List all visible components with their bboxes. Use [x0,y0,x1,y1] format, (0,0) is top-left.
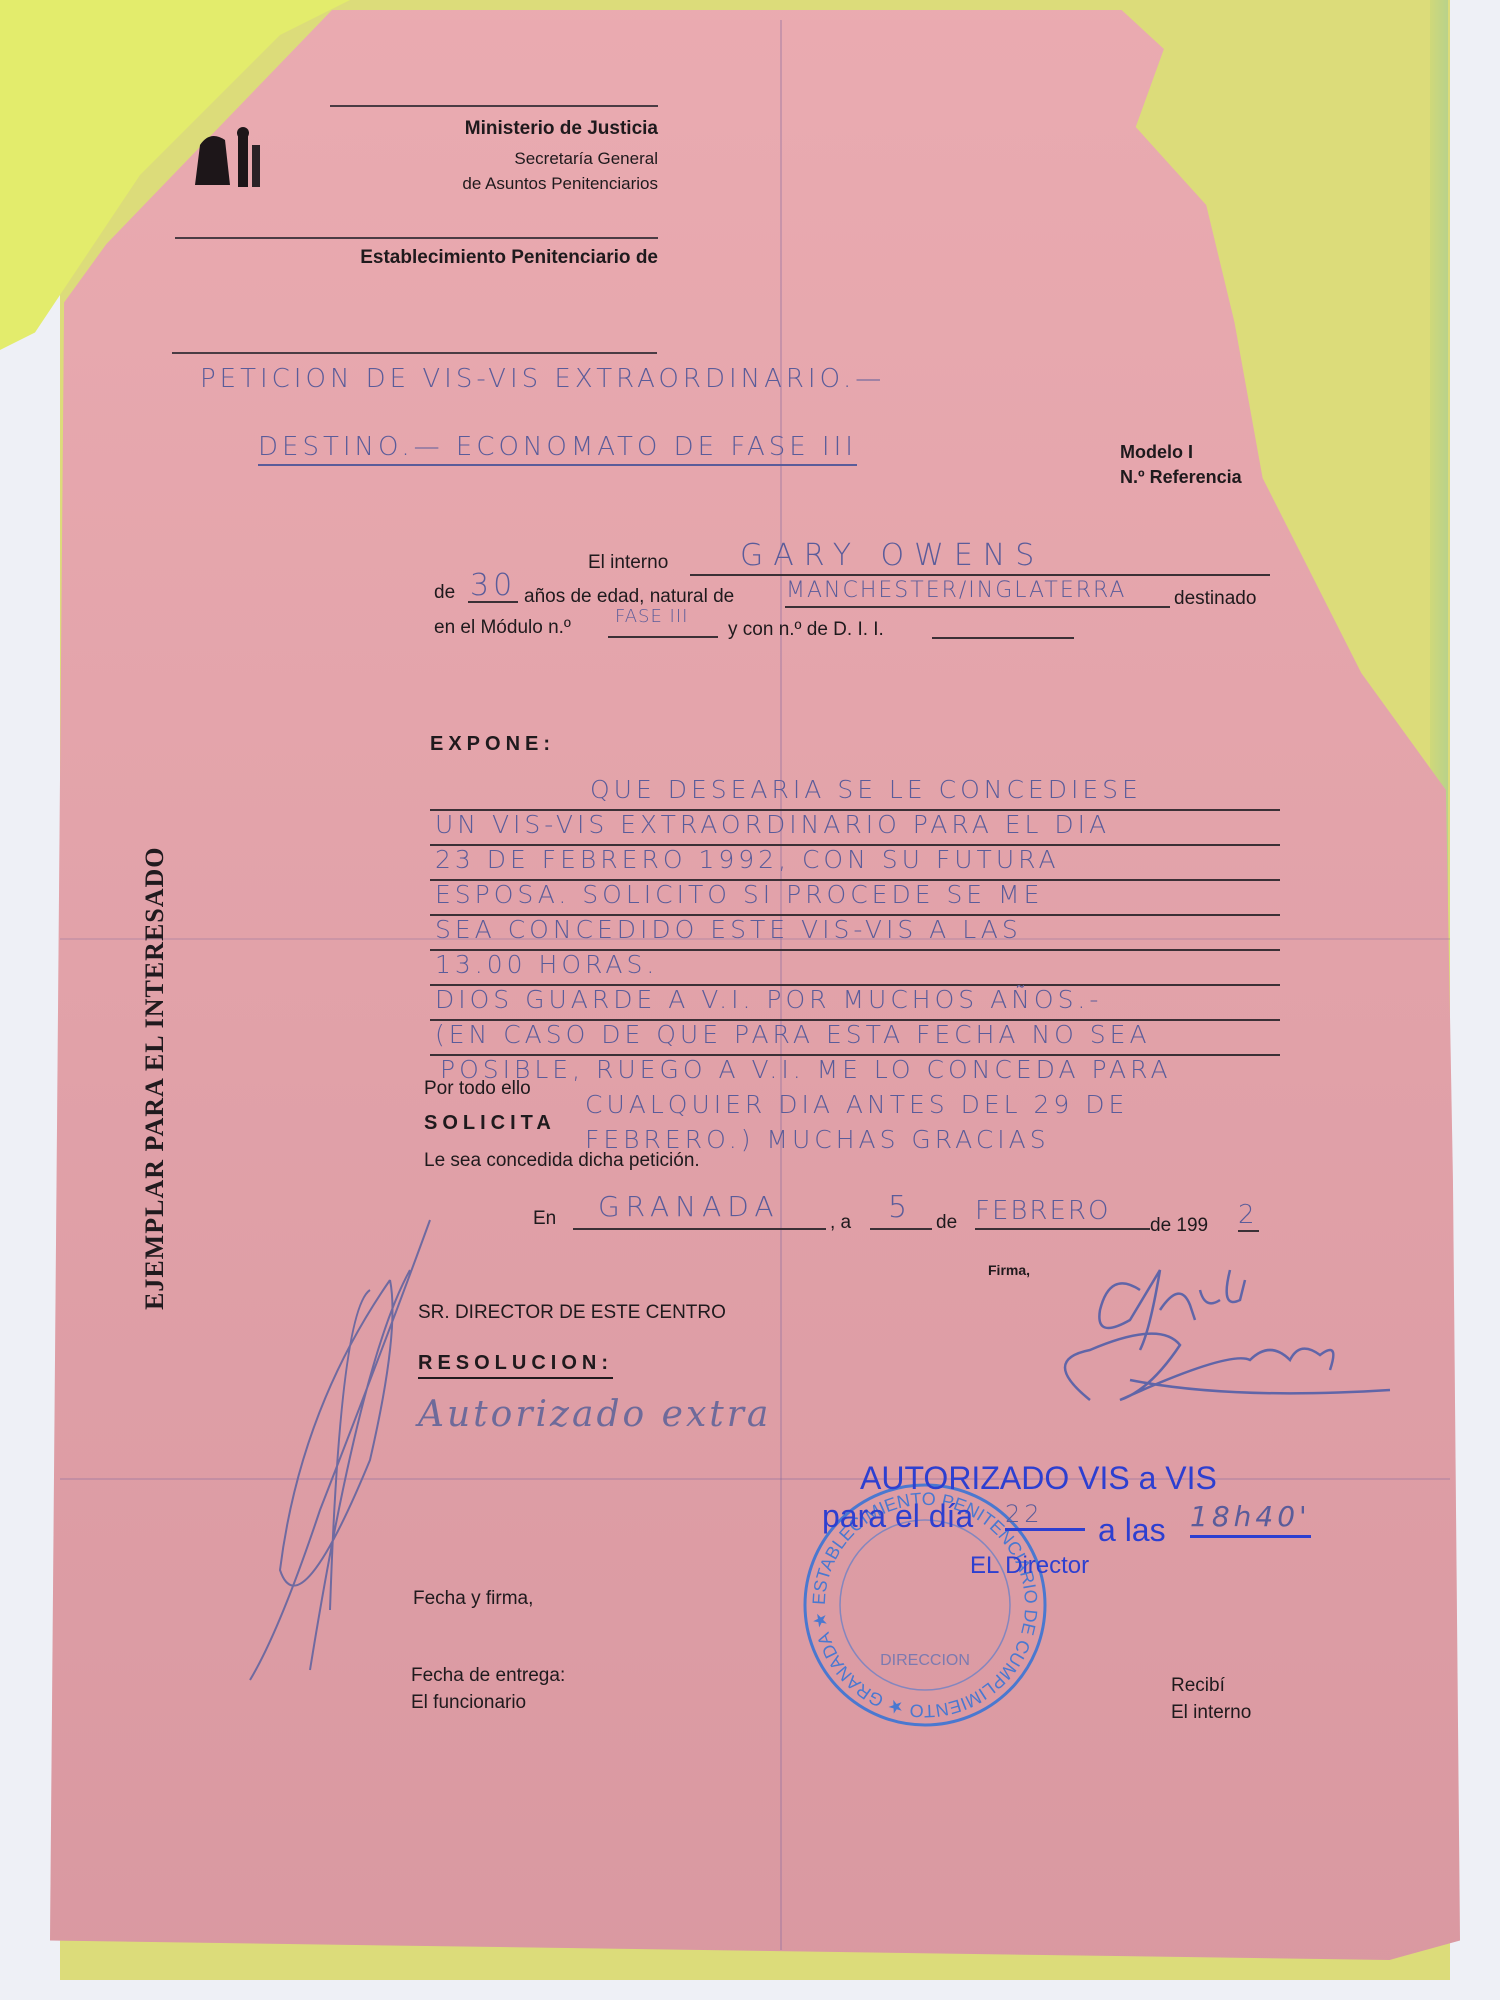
stamp-time-field: 18h40' [1190,1500,1311,1538]
dii-field [932,637,1074,639]
handwritten-title-line1: PETICION DE VIS-VIS EXTRAORDINARIO.— [200,364,885,394]
inmate-signature: Gary Owens [1030,1250,1400,1410]
day-field: 5 [888,1190,911,1225]
module-line [608,636,718,638]
reference-label: N.º Referencia [1120,465,1242,490]
expone-line: DIOS GUARDE A V.I. POR MUCHOS AÑOS.- [435,985,1315,1014]
recibi-label: Recibí [1171,1672,1251,1699]
expone-line: POSIBLE, RUEGO A V.I. ME LO CONCEDA PARA [440,1055,1320,1084]
header-rule-top [330,105,658,107]
recibi-block: Recibí El interno [1171,1672,1251,1726]
director-address: SR. DIRECTOR DE ESTE CENTRO [418,1302,726,1324]
a-label: , a [830,1212,851,1234]
fecha-firma-label: Fecha y firma, [413,1588,533,1610]
dii-label: y con n.º de D. I. I. [728,619,884,641]
interno-label: El interno [588,552,668,574]
svg-text:Gary Owens: Gary Owens [1150,1347,1239,1364]
establishment-field-line [172,352,657,354]
expone-line: SEA CONCEDIDO ESTE VIS-VIS A LAS [435,915,1315,944]
model-block: Modelo I N.º Referencia [1120,440,1242,490]
de-label: de [434,582,455,604]
handwritten-title-line2: DESTINO.— ECONOMATO DE FASE III [258,432,857,466]
interno-line [690,574,1270,576]
el-interno-label: El interno [1171,1699,1251,1726]
expone-heading: EXPONE: [430,733,555,756]
side-label-vertical: EJEMPLAR PARA EL INTERESADO [140,846,170,1310]
inmate-name-field: GARY OWENS [740,538,1044,573]
fecha-entrega-label: Fecha de entrega: [411,1662,565,1689]
expone-line: ESPOSA. SOLICITO SI PROCEDE SE ME [435,880,1315,909]
age-field: 30 [470,568,516,603]
secretariat-line2: de Asuntos Penitenciarios [330,174,658,194]
en-label: En [533,1208,556,1230]
stamp-authorized-line: AUTORIZADO VIS a VIS [860,1460,1217,1497]
city-line [573,1228,826,1230]
stamp-las-label: a las [1098,1512,1166,1549]
modulo-label: en el Módulo n.º [434,617,571,639]
year-digit-field: 2 [1238,1200,1259,1232]
city-field: GRANADA [598,1190,780,1223]
establishment-label: Establecimiento Penitenciario de [250,247,658,269]
entrega-block: Fecha de entrega: El funcionario [411,1662,565,1716]
expone-line: 13.00 HORAS. [435,950,1315,979]
day-line [870,1228,932,1230]
stamp-day-field: 22 [1005,1500,1085,1531]
age-label: años de edad, natural de [524,586,734,608]
expone-line: CUALQUIER DIA ANTES DEL 29 DE [585,1090,1465,1119]
destinado-label: destinado [1174,588,1256,610]
funcionario-label: El funcionario [411,1689,565,1716]
stamp-director-label: EL Director [970,1552,1089,1580]
month-field: FEBRERO [975,1196,1110,1226]
solicita-text: Le sea concedida dicha petición. [424,1150,700,1172]
por-todo-ello-label: Por todo ello [424,1078,531,1100]
origin-line [785,606,1170,608]
coat-of-arms-icon [190,125,270,195]
month-line [975,1228,1150,1230]
header-rule-middle [175,237,658,239]
module-field: FASE III [615,606,688,627]
stamp-dia-label: para el día [822,1498,973,1535]
expone-line: UN VIS-VIS EXTRAORDINARIO PARA EL DIA [435,810,1315,839]
solicita-heading: SOLICITA [424,1112,556,1135]
svg-text:DIRECCION: DIRECCION [880,1652,970,1669]
model-label: Modelo I [1120,440,1242,465]
expone-line: FEBRERO.) MUCHAS GRACIAS [585,1125,1465,1154]
expone-line: (EN CASO DE QUE PARA ESTA FECHA NO SEA [435,1020,1315,1049]
ministry-name: Ministerio de Justicia [330,118,658,140]
de-month-label: de [936,1212,957,1234]
firma-label: Firma, [988,1262,1030,1278]
resolucion-handwritten: Autorizado extra [418,1394,771,1435]
official-signature-scribble [240,1210,450,1690]
origin-field: MANCHESTER/INGLATERRA [786,578,1126,603]
expone-line: QUE DESEARIA SE LE CONCEDIESE [590,775,1470,804]
secretariat-line1: Secretaría General [330,149,658,169]
year-label: de 199 [1150,1215,1208,1237]
expone-line: 23 DE FEBRERO 1992, CON SU FUTURA [435,845,1315,874]
